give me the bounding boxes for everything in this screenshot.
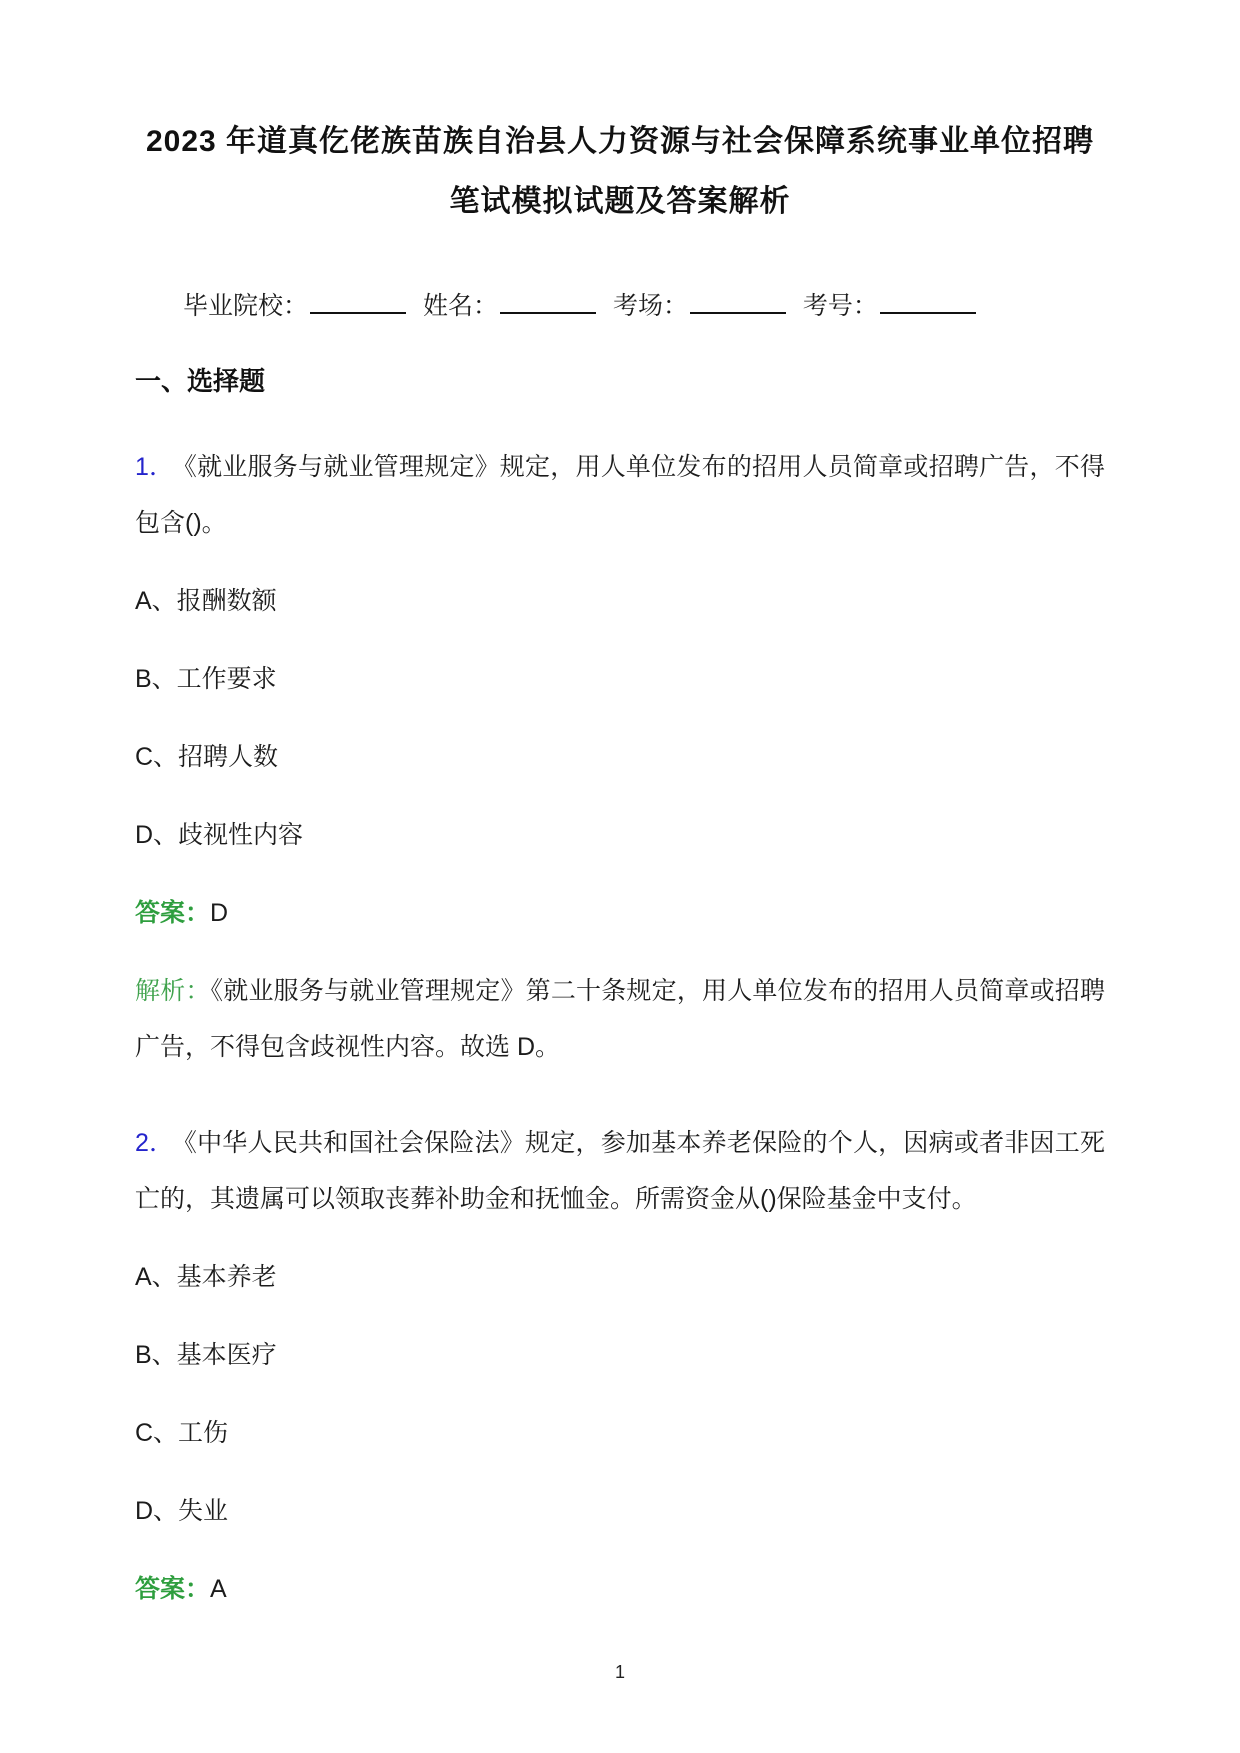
question-1-option-d: D、歧视性内容 [135, 807, 1105, 863]
question-2-text: 2．《中华人民共和国社会保险法》规定，参加基本养老保险的个人，因病或者非因工死亡… [135, 1115, 1105, 1227]
question-2-answer-value: A [210, 1575, 227, 1603]
field-label-name: 姓名： [423, 292, 498, 320]
question-1-option-a: A、报酬数额 [135, 573, 1105, 629]
field-group-examroom: 考场： [613, 292, 793, 320]
blank-field-examnumber [880, 288, 976, 314]
field-group-school: 毕业院校： [183, 292, 413, 320]
question-1-analysis-line: 解析：《就业服务与就业管理规定》第二十条规定，用人单位发布的招用人员简章或招聘广… [135, 963, 1105, 1075]
question-1-number: 1． [135, 453, 174, 481]
question-1-text: 1．《就业服务与就业管理规定》规定，用人单位发布的招用人员简章或招聘广告，不得包… [135, 439, 1105, 551]
question-block-2: 2．《中华人民共和国社会保险法》规定，参加基本养老保险的个人，因病或者非因工死亡… [135, 1115, 1105, 1617]
field-label-school: 毕业院校： [183, 292, 308, 320]
question-1-analysis-label: 解析： [135, 977, 211, 1005]
page-number: 1 [0, 1662, 1240, 1683]
section-header-multiple-choice: 一、选择题 [135, 363, 1105, 399]
question-2-option-c: C、工伤 [135, 1405, 1105, 1461]
question-2-answer-label: 答案： [135, 1575, 210, 1603]
question-1-option-b: B、工作要求 [135, 651, 1105, 707]
blank-field-school [310, 288, 406, 314]
question-2-number: 2． [135, 1129, 174, 1157]
page-title: 2023 年道真仡佬族苗族自治县人力资源与社会保障系统事业单位招聘笔试模拟试题及… [135, 0, 1105, 232]
question-1-analysis-text: 《就业服务与就业管理规定》第二十条规定，用人单位发布的招用人员简章或招聘广告，不… [135, 977, 1105, 1061]
field-label-examnumber: 考号： [803, 292, 878, 320]
field-group-examnumber: 考号： [803, 292, 976, 320]
exam-info-line: 毕业院校： 姓名： 考场： 考号： [135, 288, 1105, 324]
question-2-option-d: D、失业 [135, 1483, 1105, 1539]
field-group-name: 姓名： [423, 292, 603, 320]
question-block-1: 1．《就业服务与就业管理规定》规定，用人单位发布的招用人员简章或招聘广告，不得包… [135, 439, 1105, 1075]
question-1-body: 《就业服务与就业管理规定》规定，用人单位发布的招用人员简章或招聘广告，不得包含(… [135, 453, 1105, 537]
question-2-body: 《中华人民共和国社会保险法》规定，参加基本养老保险的个人，因病或者非因工死亡的，… [135, 1129, 1105, 1213]
question-2-option-b: B、基本医疗 [135, 1327, 1105, 1383]
question-1-answer-line: 答案：D [135, 885, 1105, 941]
question-2-answer-line: 答案：A [135, 1561, 1105, 1617]
question-1-answer-value: D [210, 899, 228, 927]
document-page: 2023 年道真仡佬族苗族自治县人力资源与社会保障系统事业单位招聘笔试模拟试题及… [0, 0, 1240, 1753]
blank-field-examroom [690, 288, 786, 314]
field-label-examroom: 考场： [613, 292, 688, 320]
blank-field-name [500, 288, 596, 314]
question-1-option-c: C、招聘人数 [135, 729, 1105, 785]
question-2-option-a: A、基本养老 [135, 1249, 1105, 1305]
question-1-answer-label: 答案： [135, 899, 210, 927]
